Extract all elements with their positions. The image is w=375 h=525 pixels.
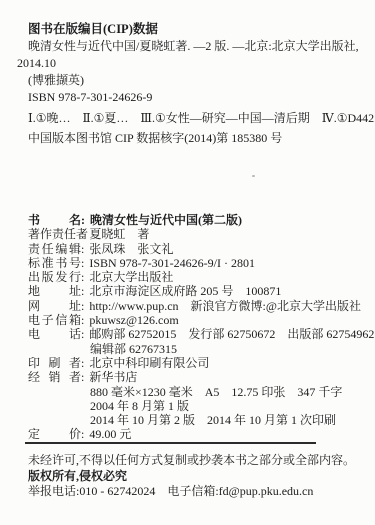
cip-series: (博雅撷英) (28, 72, 373, 89)
price-row: 定价:49.00 元 (28, 427, 375, 441)
cip-isbn: ISBN 978-7-301-24626-9 (28, 89, 373, 106)
website-row: 网址:http://www.pup.cn 新浪官方微博:@北京大学出版社 (28, 299, 375, 313)
copyright-statement: 版权所有,侵权必究 (28, 469, 373, 485)
row-label: 定价 (28, 427, 81, 441)
row-label: 经销者 (28, 370, 81, 384)
second-edition-row: 2014 年 10 月第 2 版 2014 年 10 月第 1 次印刷 (28, 413, 375, 427)
row-value: 北京大学出版社 (84, 270, 173, 284)
email-row: 电子信箱:pkuwsz@126.com (28, 313, 375, 327)
cip-description-line-1: 晚清女性与近代中国/夏晓虹著. —2 版. —北京:北京大学出版社, (28, 38, 373, 55)
distributor-row: 经销者:新华书店 (28, 370, 375, 384)
row-value: 880 毫米×1230 毫米 A5 12.75 印张 347 千字 (85, 385, 342, 399)
format-row: 880 毫米×1230 毫米 A5 12.75 印张 347 千字 (28, 385, 375, 399)
row-value: ISBN 978-7-301-24626-9/I · 2801 (84, 256, 255, 270)
row-value: 2004 年 8 月第 1 版 (85, 399, 189, 413)
row-label: 标准书号 (28, 256, 81, 270)
row-value: 新华书店 (84, 370, 137, 384)
row-value: http://www.pup.cn 新浪官方微博:@北京大学出版社 (84, 299, 361, 313)
cip-record-number: 中国版本图书馆 CIP 数据核字(2014)第 185380 号 (28, 130, 373, 147)
row-label: 电话 (28, 327, 81, 341)
row-label: 书名 (28, 213, 81, 227)
row-value: 北京中科印刷有限公司 (84, 356, 209, 370)
phone-row: 电话:邮购部 62752015 发行部 62750672 出版部 6275496… (28, 327, 375, 341)
row-label: 著作责任者 (28, 227, 81, 241)
phone-cont-row: 编辑部 62767315 (28, 342, 375, 356)
row-label: 出版发行 (28, 270, 81, 284)
isbn-row: 标准书号:ISBN 978-7-301-24626-9/I · 2801 (28, 256, 375, 270)
scan-artifact (252, 175, 255, 177)
row-value: 张凤珠 张文礼 (84, 242, 173, 256)
author-row: 著作责任者:夏晓虹 著 (28, 227, 375, 241)
row-value: 49.00 元 (84, 427, 131, 441)
printer-row: 印刷者:北京中科印刷有限公司 (28, 356, 375, 370)
row-value: 2014 年 10 月第 2 版 2014 年 10 月第 1 次印刷 (85, 413, 336, 427)
copyright-page: 图书在版编目(CIP)数据 晚清女性与近代中国/夏晓虹著. —2 版. —北京:… (0, 0, 375, 525)
row-value: 邮购部 62752015 发行部 62750672 出版部 62754962 (84, 327, 374, 341)
first-edition-row: 2004 年 8 月第 1 版 (28, 399, 375, 413)
cip-block: 图书在版编目(CIP)数据 晚清女性与近代中国/夏晓虹著. —2 版. —北京:… (28, 21, 373, 147)
row-value: pkuwsz@126.com (84, 313, 178, 327)
divider-rule (25, 442, 316, 444)
row-value: 编辑部 62767315 (85, 342, 177, 356)
book-title-row: 书名:晚清女性与近代中国(第二版) (28, 213, 375, 227)
publication-info: 书名:晚清女性与近代中国(第二版) 著作责任者:夏晓虹 著 责任编辑:张凤珠 张… (28, 213, 375, 442)
row-value: 北京市海淀区成府路 205 号 100871 (84, 284, 281, 298)
row-value: 夏晓虹 著 (84, 227, 149, 241)
row-label: 电子信箱 (28, 313, 81, 327)
cip-heading: 图书在版编目(CIP)数据 (28, 21, 373, 38)
address-row: 地址:北京市海淀区成府路 205 号 100871 (28, 284, 375, 298)
row-label: 责任编辑 (28, 242, 81, 256)
row-label: 地址 (28, 284, 81, 298)
cip-classification: Ⅰ.①晚… Ⅱ.①夏… Ⅲ.①女性—研究—中国—清后期 Ⅳ.①D442.9 (28, 110, 373, 127)
publisher-row: 出版发行:北京大学出版社 (28, 270, 375, 284)
row-label: 印刷者 (28, 356, 81, 370)
cip-description-line-2: 2014.10 (17, 55, 373, 72)
row-label: 网址 (28, 299, 81, 313)
row-value: 晚清女性与近代中国(第二版) (85, 213, 242, 227)
editors-row: 责任编辑:张凤珠 张文礼 (28, 242, 375, 256)
copyright-block: 未经许可,不得以任何方式复制或抄袭本书之部分或全部内容。 版权所有,侵权必究 举… (28, 453, 373, 500)
report-contact: 举报电话:010 - 62742024 电子信箱:fd@pup.pku.edu.… (28, 484, 373, 500)
copyright-notice: 未经许可,不得以任何方式复制或抄袭本书之部分或全部内容。 (28, 453, 373, 469)
